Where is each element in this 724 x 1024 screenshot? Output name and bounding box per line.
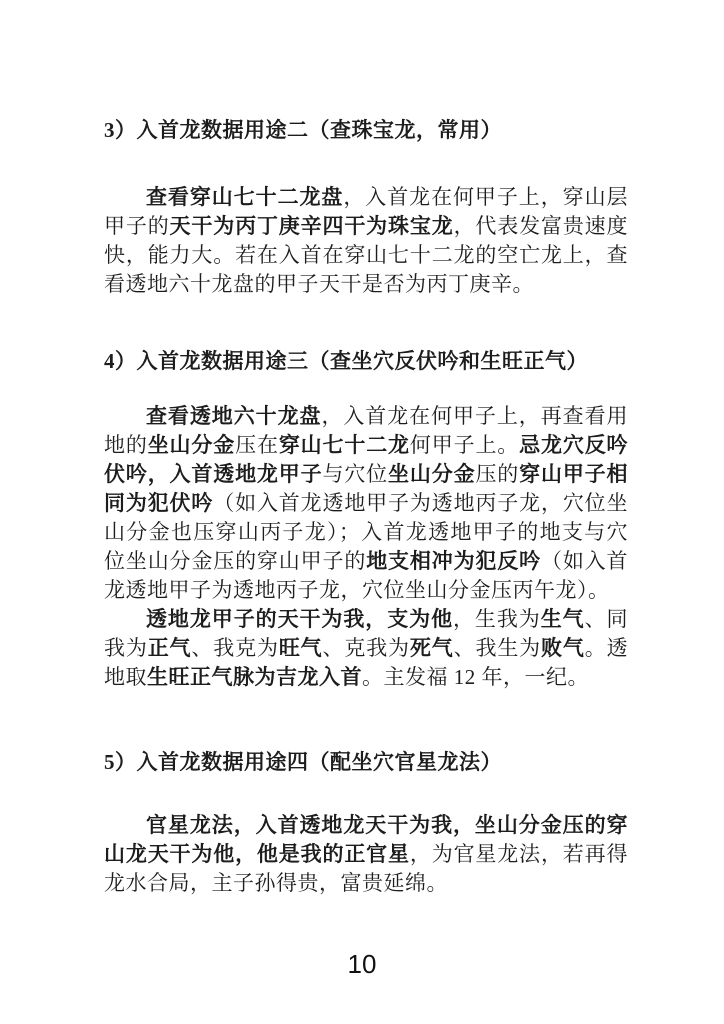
text-run: 、我克为 xyxy=(191,636,278,660)
document-page: 3）入首龙数据用途二（查珠宝龙，常用）查看穿山七十二龙盘，入首龙在何甲子上，穿山… xyxy=(0,0,724,1024)
text-run: 穿山七十二龙 xyxy=(279,433,410,457)
section-4-heading: 4）入首龙数据用途三（查坐穴反伏吟和生旺正气） xyxy=(104,347,628,376)
section-4-paragraph-2: 透地龙甲子的天干为我，支为他，生我为生气、同我为正气、我克为旺气、克我为死气、我… xyxy=(104,605,628,692)
text-run: 、我生为 xyxy=(454,636,541,660)
text-run: 生旺正气脉为吉龙入首 xyxy=(147,665,362,689)
text-run: 地支相冲为犯反吟 xyxy=(366,549,541,573)
page-number: 10 xyxy=(0,949,724,980)
section-4-paragraph-1: 查看透地六十龙盘，入首龙在何甲子上，再查看用地的坐山分金压在穿山七十二龙何甲子上… xyxy=(104,402,628,605)
text-run: 生气 xyxy=(541,607,585,631)
text-run: ，生我为 xyxy=(453,607,541,631)
page-content: 3）入首龙数据用途二（查珠宝龙，常用）查看穿山七十二龙盘，入首龙在何甲子上，穿山… xyxy=(104,116,628,898)
section-3-heading: 3）入首龙数据用途二（查珠宝龙，常用） xyxy=(104,116,628,145)
text-run: 败气 xyxy=(541,636,585,660)
text-run: 压在 xyxy=(235,433,279,457)
text-run: 压的 xyxy=(475,462,519,486)
text-run: 与穴位 xyxy=(322,462,388,486)
section-5-heading: 5）入首龙数据用途四（配坐穴官星龙法） xyxy=(104,748,628,777)
text-run: 天干为丙丁庚辛四干为珠宝龙 xyxy=(170,214,454,238)
section-5-paragraph: 官星龙法，入首透地龙天干为我，坐山分金压的穿山龙天干为他，他是我的正官星，为官星… xyxy=(104,811,628,898)
text-run: 坐山分金 xyxy=(148,433,235,457)
text-run: 查看穿山七十二龙盘 xyxy=(146,185,343,209)
text-run: 透地龙甲子的天干为我，支为他 xyxy=(146,607,453,631)
text-run: 。主发福 12 年，一纪。 xyxy=(362,665,589,689)
text-run: 旺气 xyxy=(279,636,323,660)
text-run: 正气 xyxy=(148,636,192,660)
text-run: 死气 xyxy=(410,636,454,660)
text-run: 、克我为 xyxy=(323,636,410,660)
text-run: 坐山分金 xyxy=(388,462,475,486)
text-run: 何甲子上。 xyxy=(410,433,519,457)
section-3-paragraph: 查看穿山七十二龙盘，入首龙在何甲子上，穿山层甲子的天干为丙丁庚辛四干为珠宝龙，代… xyxy=(104,183,628,299)
text-run: 查看透地六十龙盘 xyxy=(146,404,321,428)
